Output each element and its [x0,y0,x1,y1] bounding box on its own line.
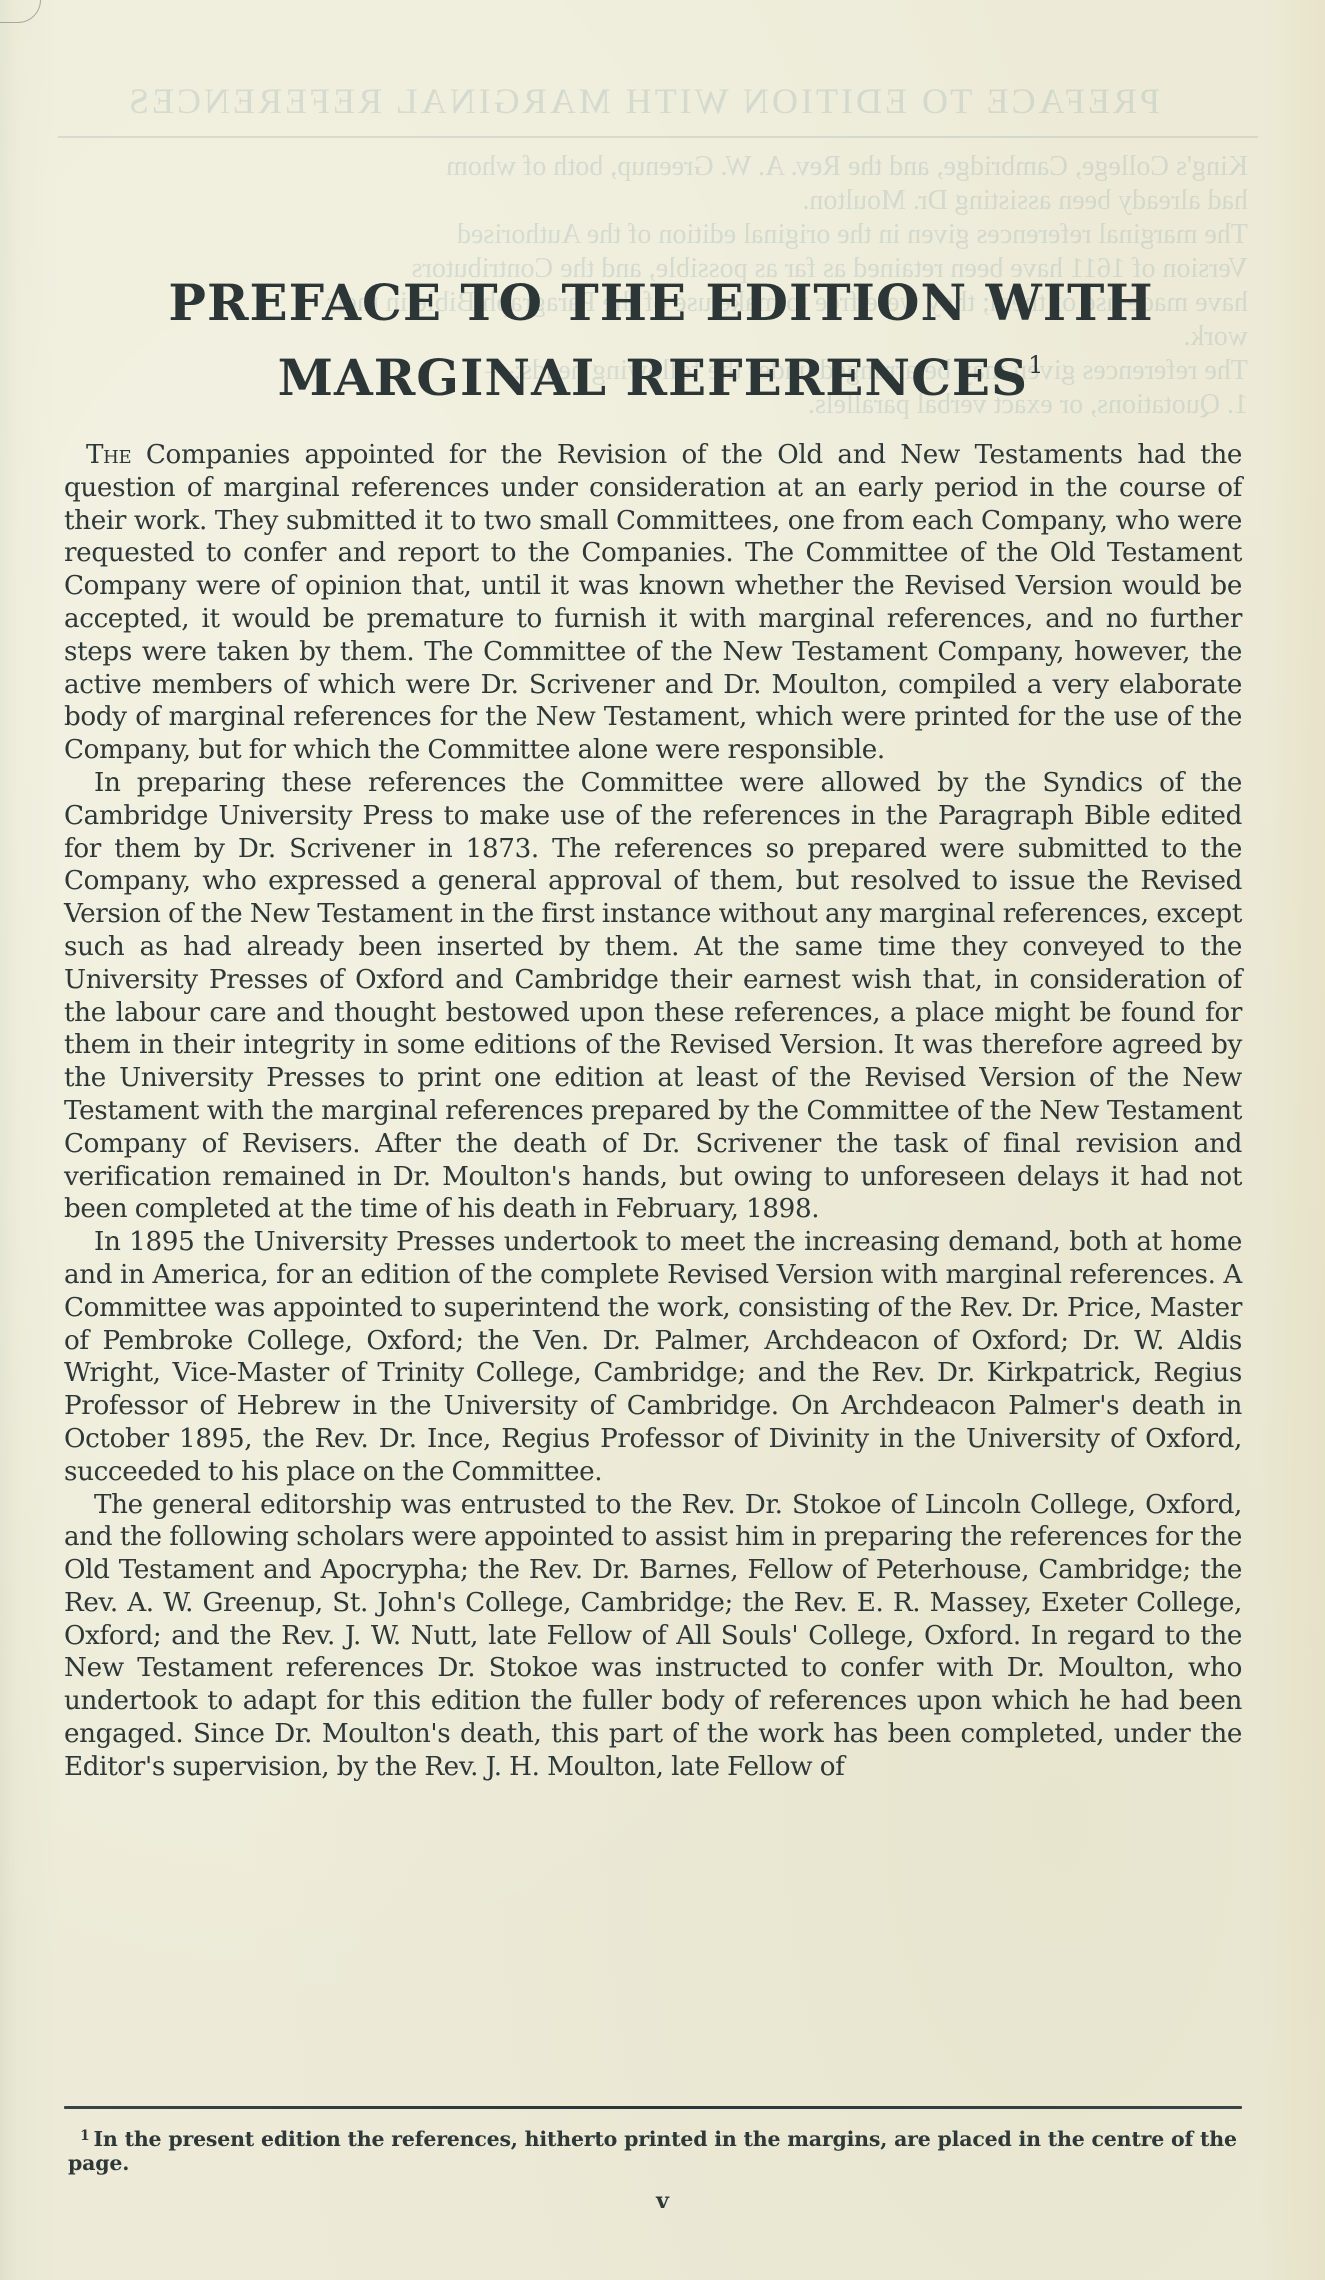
footnote-divider [64,2106,1242,2109]
footnote-marker: 1 [80,2128,90,2144]
footnote-text: In the present edition the references, h… [68,2127,1237,2175]
footnote: 1In the present edition the references, … [68,2124,1248,2175]
paragraph-2: In preparing these references the Commit… [64,767,1242,1226]
paragraph-text: Companies appointed for the Revision of … [64,440,1242,765]
title-line-1: PREFACE TO THE EDITION WITH [168,273,1153,332]
page-title: PREFACE TO THE EDITION WITH MARGINAL REF… [64,272,1242,409]
page-content: PREFACE TO THE EDITION WITH MARGINAL REF… [64,272,1242,1784]
show-through-line: had already been assisting Dr. Moulton. [38,184,1278,218]
footnote-reference-marker: 1 [1028,351,1044,379]
show-through-heading: PREFACE TO EDITION WITH MARGINAL REFEREN… [38,80,1278,122]
paragraph-3: In 1895 the University Presses undertook… [64,1226,1242,1488]
show-through-line: King's College, Cambridge, and the Rev. … [38,150,1278,184]
paragraph-lead-word: The [86,440,131,470]
page-corner-fold [0,0,41,23]
scanned-page: PREFACE TO EDITION WITH MARGINAL REFEREN… [0,0,1325,2280]
page-number: v [0,2188,1325,2214]
preface-body: The Companies appointed for the Revision… [64,439,1242,1784]
title-line-2: MARGINAL REFERENCES [278,348,1029,407]
paragraph-4: The general editorship was entrusted to … [64,1489,1242,1784]
show-through-rule [58,136,1258,138]
show-through-line: The marginal references given in the ori… [38,218,1278,252]
paragraph-1: The Companies appointed for the Revision… [64,439,1242,767]
